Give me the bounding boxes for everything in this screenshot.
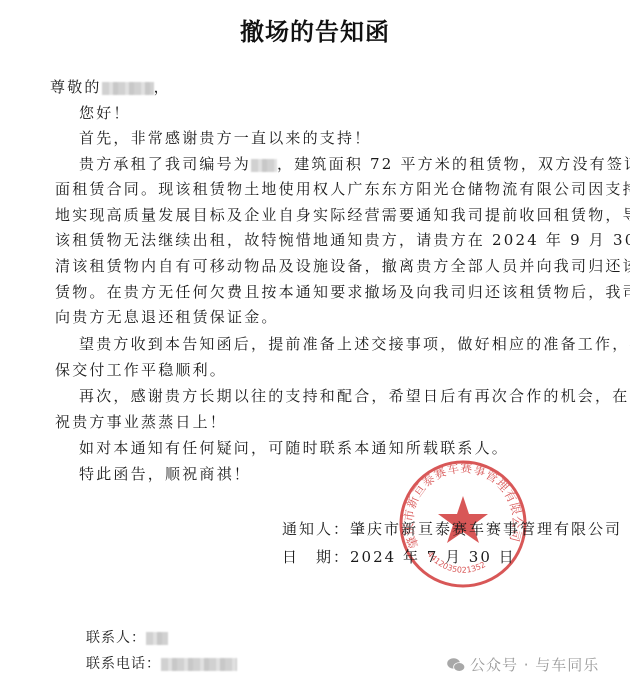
wechat-icon [446,657,466,673]
notifier-company: 肇庆市新亘泰赛车赛事管理有限公司 [350,520,622,538]
greeting: 您好！ [79,103,131,123]
date-value: 2024 年 7 月 30 日 [350,548,516,566]
paragraph-lease-line-7: 向贵方无息退还租赁保证金。 [55,307,279,327]
paragraph-lease-line-2: 面租赁合同。现该租赁物土地使用权人广东东方阳光仓储物流有限公司因支持当 [55,179,630,199]
contact-phone-label: 联系电话： [86,656,161,672]
redacted-recipient [102,82,154,95]
paragraph-thanks: 首先，非常感谢贵方一直以来的支持！ [79,128,371,148]
paragraph-questions: 如对本通知有任何疑问，可随时联系本通知所载联系人。 [79,438,509,458]
contact-person-label: 联系人： [86,630,146,646]
redacted-property-number [251,159,277,172]
salutation-suffix: ， [154,78,171,96]
paragraph-again-line-2: 祝贵方事业蒸蒸日上！ [55,412,227,432]
notifier-label: 通知人： [282,520,350,538]
paragraph-lease-line-3: 地实现高质量发展目标及企业自身实际经营需要通知我司提前收回租赁物，导致 [55,205,630,225]
contact-person: 联系人： [86,628,168,648]
paragraph-lease-line-1: 贵方承租了我司编号为，建筑面积 72 平方米的租赁物，双方没有签订书 [79,154,630,174]
paragraph-prepare-line-2: 保交付工作平稳顺利。 [55,360,227,380]
wechat-watermark: 公众号 · 与车同乐 [446,654,599,675]
salutation-prefix: 尊敬的 [50,78,102,96]
paragraph-closing: 特此函告，顺祝商祺！ [79,464,251,484]
date-line: 日 期：2024 年 7 月 30 日 [282,546,516,567]
paragraph-lease-line-6: 赁物。在贵方无任何欠费且按本通知要求撤场及向我司归还该租赁物后，我司将 [55,282,630,302]
contact-phone: 联系电话： [86,654,237,674]
notifier-line: 通知人：肇庆市新亘泰赛车赛事管理有限公司 [282,518,622,539]
salutation: 尊敬的， [50,77,171,97]
paragraph-prepare-line-1: 望贵方收到本告知函后，提前准备上述交接事项，做好相应的准备工作，确 [79,334,630,354]
lease-text-suffix: ，建筑面积 72 平方米的租赁物，双方没有签订书 [277,155,630,173]
watermark-text: 公众号 · 与车同乐 [470,654,599,675]
document-title: 撤场的告知函 [0,12,630,47]
date-label: 日 期： [282,548,350,566]
lease-text-prefix: 贵方承租了我司编号为 [79,155,251,173]
paragraph-lease-line-4: 该租赁物无法继续出租，故特惋惜地通知贵方，请贵方在 2024 年 9 月 30 … [55,230,630,250]
paragraph-again-line-1: 再次，感谢贵方长期以往的支持和配合，希望日后有再次合作的机会，在此 [79,386,630,406]
redacted-contact-phone [161,658,237,671]
paragraph-lease-line-5: 清该租赁物内自有可移动物品及设施设备，撤离贵方全部人员并向我司归还该租 [55,256,630,276]
redacted-contact-person [146,632,168,645]
